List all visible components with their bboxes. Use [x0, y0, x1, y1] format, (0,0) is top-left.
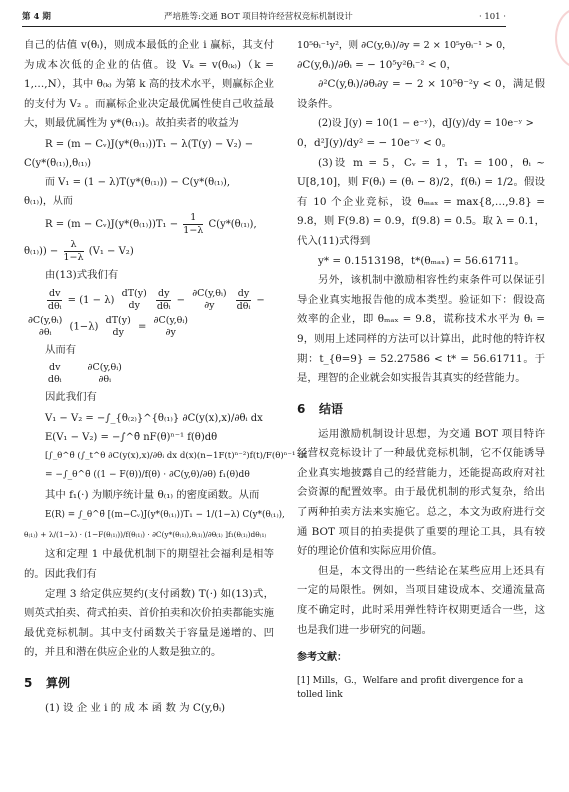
fraction: ∂C(y,θᵢ)∂y: [152, 315, 190, 339]
frac-num: ∂C(y,θᵢ): [86, 362, 124, 374]
frac-num: ∂C(y,θᵢ): [190, 288, 228, 300]
section-heading-5: 5算例: [24, 673, 274, 693]
paragraph: 另外，该机制中激励相容性约束条件可以保证引导企业真实地报告他的成本类型。验证如下…: [297, 271, 545, 389]
frac-num: dT(y): [120, 288, 149, 300]
frac-den: ∂y: [152, 327, 190, 339]
frac-num: 1: [183, 212, 203, 225]
paragraph: 因此我们有: [24, 388, 274, 408]
eq-part: = (1 − λ): [68, 295, 115, 306]
paragraph: 其中 f₁(·) 为顺序统计量 θ₍₁₎ 的密度函数。从而: [24, 486, 274, 506]
equation-v-diff: V₁ − V₂ = −∫_{θ₍₂₎}^{θ₍₁₎} ∂C(y(x),x)/∂θ…: [24, 410, 274, 427]
references-heading: 参考文献：: [297, 648, 545, 668]
equation-derivative-3: dvdθᵢ ∂C(y,θᵢ)∂θᵢ: [24, 362, 274, 386]
equation-r-line2: θ₍₁₎)) − λ1−λ (V₁ − V₂): [24, 239, 274, 264]
frac-den: dθᵢ: [47, 301, 62, 313]
section-title: 算例: [46, 676, 70, 690]
frac-num: ∂C(y,θᵢ): [26, 315, 64, 327]
eq-part: (1−λ): [70, 321, 99, 332]
eq-part: R = (m − Cᵥ)J(y*(θ₍₁₎))T₁ −: [45, 219, 178, 230]
math-line: 10⁵θᵢ⁻¹y²，则 ∂C(y,θᵢ)/∂y = 2 × 10⁵yθᵢ⁻¹ >…: [297, 36, 545, 56]
eq-part: −: [177, 295, 185, 306]
frac-num: dy: [156, 288, 171, 301]
equation-derivative-1: dvdθᵢ = (1 − λ) dT(y)dy dydθᵢ − ∂C(y,θᵢ)…: [24, 288, 274, 313]
frac-den: ∂θᵢ: [86, 374, 124, 386]
math-line: ∂C(y,θᵢ)/∂θᵢ = − 10⁵y²θᵢ⁻² < 0，: [297, 56, 545, 76]
eq-part: (V₁ − V₂): [89, 246, 134, 257]
fraction: dT(y)dy: [120, 288, 149, 312]
section-heading-6: 6结语: [297, 399, 545, 419]
paragraph: 自己的估值 v(θᵢ)，则成本最低的企业 i 赢标，其支付为成本次低的企业的估值…: [24, 36, 274, 134]
fraction: 11−λ: [183, 212, 203, 237]
paragraph: 这和定理 1 中最优机制下的期望社会福利是相等的。因此我们有: [24, 545, 274, 584]
frac-num: λ: [64, 239, 84, 252]
frac-den: ∂θᵢ: [26, 327, 64, 339]
eq-part: θ₍₁₎)) −: [24, 246, 58, 257]
frac-num: dv: [47, 362, 62, 374]
fraction: dvdθᵢ: [47, 288, 62, 313]
equation-r-line1: R = (m − Cᵥ)J(y*(θ₍₁₎))T₁ − 11−λ C(y*(θ₍…: [24, 212, 274, 237]
math-line: (2)设 J(y) = 10(1 − e⁻ʸ)，dJ(y)/dy = 10e⁻ʸ…: [297, 114, 545, 134]
math-line: ∂²C(y,θᵢ)/∂θᵢ∂y = − 2 × 10⁵θ⁻²y < 0，满足假设…: [297, 75, 545, 114]
eq-part: =: [138, 321, 146, 332]
frac-den: dθᵢ: [47, 374, 62, 386]
fraction: dydθᵢ: [236, 288, 251, 313]
equation-derivative-2: ∂C(y,θᵢ)∂θᵢ (1−λ) dT(y)dy = ∂C(y,θᵢ)∂y: [24, 315, 274, 339]
frac-den: ∂y: [190, 300, 228, 312]
paragraph: 由(13)式我们有: [24, 266, 274, 286]
equation-expectation-3: = −∫_θ^θ̄ ((1 − F(θ))/f(θ) · ∂C(y,θ)/∂θ)…: [24, 467, 274, 484]
frac-den: dθᵢ: [156, 301, 171, 313]
eq-part: C(y*(θ₍₁₎),: [209, 219, 257, 230]
section-title: 结语: [319, 402, 343, 416]
frac-num: dv: [47, 288, 62, 301]
stamp-mark-icon: [555, 8, 569, 68]
fraction: ∂C(y,θᵢ)∂y: [190, 288, 228, 312]
frac-den: dθᵢ: [236, 301, 251, 313]
section-number: 6: [297, 399, 319, 419]
equation-revenue-line2: C(y*(θ₍₁₎),θ₍₁₎): [24, 155, 274, 172]
frac-den: dy: [120, 300, 149, 312]
equation-expected-revenue-1: E(R) = ∫_θ^θ̄ [(m−Cᵥ)J(y*(θ₍₁₎))T₁ − 1/(…: [24, 507, 274, 524]
fraction: λ1−λ: [64, 239, 84, 264]
theorem-3: 定理 3 给定供应契约(支付函数) T(·) 如(13)式，则英式拍卖、荷式拍卖…: [24, 585, 274, 663]
paragraph: 但是，本文得出的一些结论在某些应用上还具有一定的局限性。例如，当项目建设成本、交…: [297, 562, 545, 640]
fraction: dvdθᵢ: [47, 362, 62, 386]
fraction: dydθᵢ: [156, 288, 171, 313]
frac-num: dT(y): [104, 315, 133, 327]
equation-v1-line1: 而 V₁ = (1 − λ)T(y*(θ₍₁₎)) − C(y*(θ₍₁₎),: [24, 174, 274, 191]
frac-den: 1−λ: [64, 252, 84, 264]
section-number: 5: [24, 673, 46, 693]
paragraph: 从而有: [24, 341, 274, 361]
eq-part: −: [256, 295, 264, 306]
page-number: · 101 ·: [479, 10, 506, 24]
fraction: dT(y)dy: [104, 315, 133, 339]
paragraph: (3)设 m = 5，Cᵥ = 1，T₁ = 100，θᵢ ~ U[8,10]，…: [297, 154, 545, 252]
frac-num: ∂C(y,θᵢ): [152, 315, 190, 327]
fraction: ∂C(y,θᵢ)∂θᵢ: [86, 362, 124, 386]
equation-expected-revenue-2: θ₍₁₎) + λ/(1−λ) · (1−F(θ₍₁₎))/f(θ₍₁₎) · …: [24, 526, 274, 543]
equation-expectation-2: [∫_θ^θ̄ (∫_t^θ ∂C(y(x),x)/∂θᵢ dx d(x)(n−…: [24, 448, 274, 465]
fraction: ∂C(y,θᵢ)∂θᵢ: [26, 315, 64, 339]
left-column: 自己的估值 v(θᵢ)，则成本最低的企业 i 赢标，其支付为成本次低的企业的估值…: [24, 36, 274, 719]
equation-revenue-line1: R = (m − Cᵥ)J(y*(θ₍₁₎))T₁ − λ(T(y) − V₂)…: [24, 136, 274, 153]
right-column: 10⁵θᵢ⁻¹y²，则 ∂C(y,θᵢ)/∂y = 2 × 10⁵yθᵢ⁻¹ >…: [297, 36, 545, 702]
equation-v1-line2: θ₍₁₎)，从而: [24, 193, 274, 210]
frac-num: dy: [236, 288, 251, 301]
equation-expectation-1: E(V₁ − V₂) = −∫^θ̄ nF(θ)ⁿ⁻¹ f(θ)dθ: [24, 429, 274, 446]
result-line: y* = 0.1513198，t*(θₘₐₓ) = 56.61711。: [297, 252, 545, 272]
math-line: 0，d²J(y)/dy² = − 10e⁻ʸ < 0。: [297, 134, 545, 154]
frac-den: dy: [104, 327, 133, 339]
paragraph: 运用激励机制设计思想，为交通 BOT 项目特许经营权竞标设计了一种最优竞标机制，…: [297, 425, 545, 562]
page-header: 第 4 期 严培胜等:交通 BOT 项目特许经营权竞标机制设计 · 101 ·: [22, 10, 506, 27]
reference-item: [1] Mills，G.，Welfare and profit divergen…: [297, 674, 545, 702]
issue-number: 第 4 期: [22, 10, 51, 24]
running-title: 严培胜等:交通 BOT 项目特许经营权竞标机制设计: [164, 10, 353, 24]
frac-den: 1−λ: [183, 225, 203, 237]
paragraph: (1) 设 企 业 i 的 成 本 函 数 为 C(y,θᵢ): [24, 699, 274, 719]
